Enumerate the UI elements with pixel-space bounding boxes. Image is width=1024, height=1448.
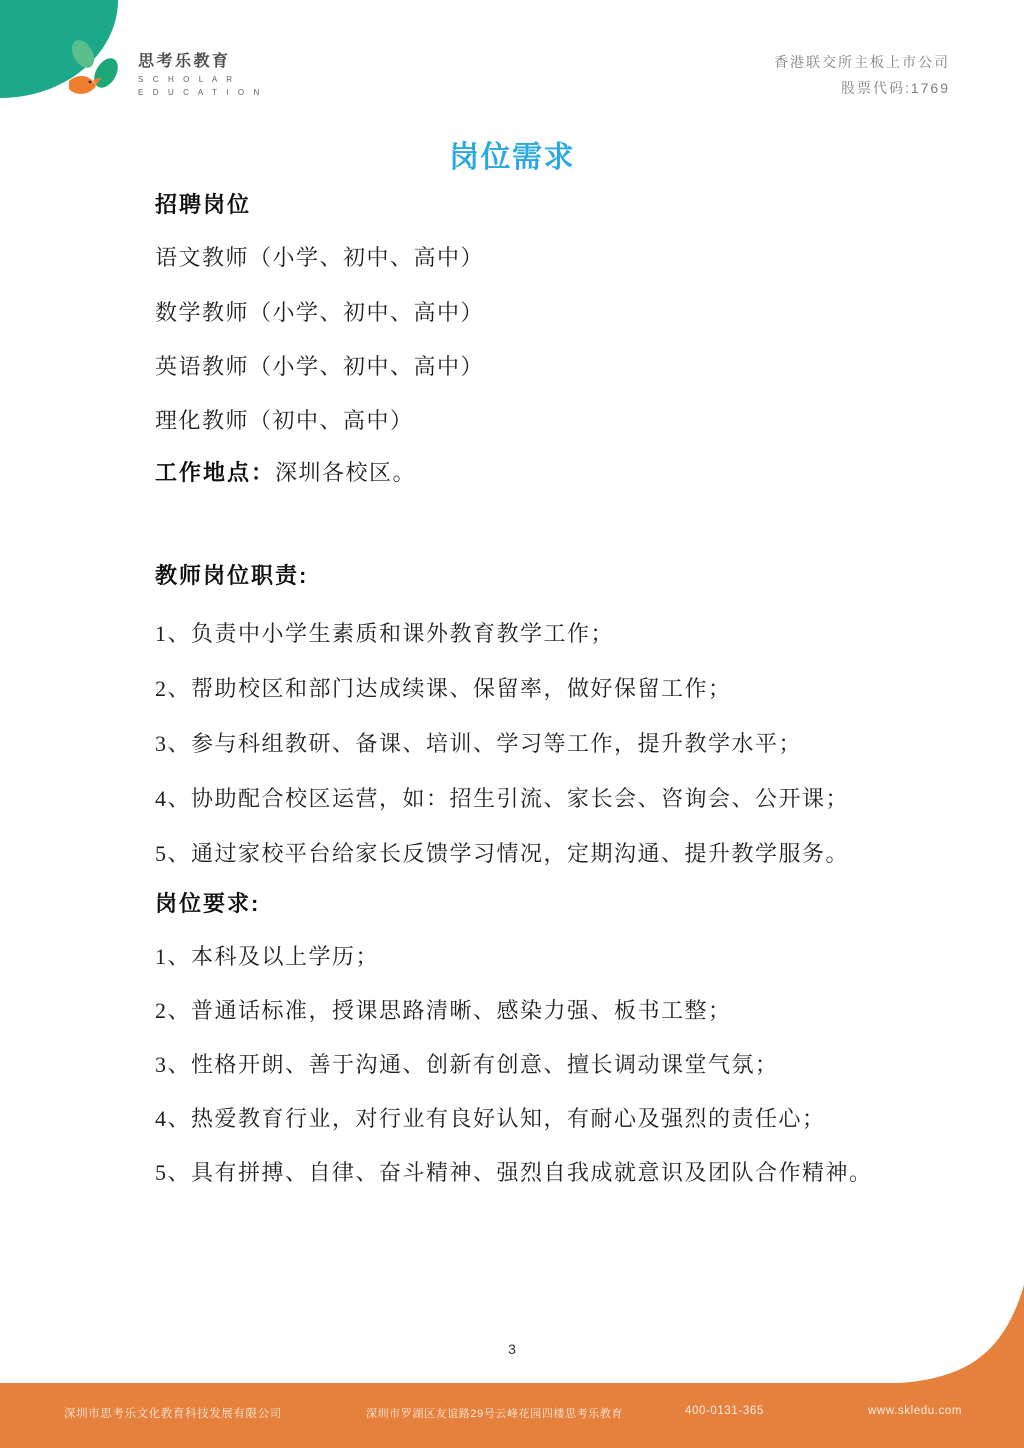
recruit-item: 语文教师（小学、初中、高中） <box>155 245 484 271</box>
duty-item: 3、参与科组教研、备课、培训、学习等工作，提升教学水平； <box>155 731 802 757</box>
footer-wave-decoration <box>0 1270 1024 1448</box>
document-page: 思考乐教育 S C H O L A R E D U C A T I O N 香港… <box>0 0 1024 1448</box>
requirement-item: 3、性格开朗、善于沟通、创新有创意、擅长调动课堂气氛； <box>155 1052 779 1078</box>
recruit-item: 理化教师（初中、高中） <box>155 408 414 434</box>
listing-line2: 股票代码:1769 <box>774 75 950 101</box>
footer-phone: 400-0131-365 <box>685 1405 764 1417</box>
work-location-label: 工作地点： <box>155 460 275 485</box>
logo-text: 思考乐教育 S C H O L A R E D U C A T I O N <box>138 52 263 97</box>
recruit-item: 数学教师（小学、初中、高中） <box>155 300 484 326</box>
duty-item: 5、通过家校平台给家长反馈学习情况，定期沟通、提升教学服务。 <box>155 841 849 867</box>
recruit-heading: 招聘岗位 <box>155 192 251 218</box>
logo: 思考乐教育 S C H O L A R E D U C A T I O N <box>66 37 263 97</box>
duty-item: 1、负责中小学生素质和课外教育教学工作； <box>155 621 614 647</box>
leaf-icon-light <box>67 37 98 72</box>
work-location-line: 工作地点：深圳各校区。 <box>155 460 416 486</box>
requirement-item: 4、热爱教育行业，对行业有良好认知，有耐心及强烈的责任心； <box>155 1106 826 1132</box>
duty-item: 2、帮助校区和部门达成续课、保留率，做好保留工作； <box>155 676 732 702</box>
work-location-value: 深圳各校区。 <box>275 460 416 485</box>
requirement-item: 2、普通话标准，授课思路清晰、感染力强、板书工整； <box>155 998 732 1024</box>
bird-icon <box>69 76 96 94</box>
page-title: 岗位需求 <box>0 132 1024 176</box>
scholar-education-logo-icon <box>66 37 124 97</box>
logo-name-cn: 思考乐教育 <box>138 52 263 72</box>
requirement-item: 5、具有拼搏、自律、奋斗精神、强烈自我成就意识及团队合作精神。 <box>155 1160 873 1186</box>
footer-website: www.skledu.com <box>868 1405 962 1417</box>
stock-listing-info: 香港联交所主板上市公司 股票代码:1769 <box>774 49 950 101</box>
footer-address: 深圳市罗湖区友谊路29号云峰花园四楼思考乐教育 <box>366 1405 623 1421</box>
bird-eye-icon <box>89 81 92 84</box>
logo-name-en-1: S C H O L A R <box>138 75 263 85</box>
duties-heading: 教师岗位职责: <box>155 563 308 589</box>
logo-name-en-2: E D U C A T I O N <box>138 88 263 98</box>
footer-company: 深圳市思考乐文化教育科技发展有限公司 <box>64 1405 282 1421</box>
requirement-item: 1、本科及以上学历； <box>155 944 379 970</box>
requirements-heading: 岗位要求: <box>155 891 260 917</box>
listing-line1: 香港联交所主板上市公司 <box>774 49 950 75</box>
duty-item: 4、协助配合校区运营，如：招生引流、家长会、咨询会、公开课； <box>155 786 849 812</box>
recruit-item: 英语教师（小学、初中、高中） <box>155 354 484 380</box>
